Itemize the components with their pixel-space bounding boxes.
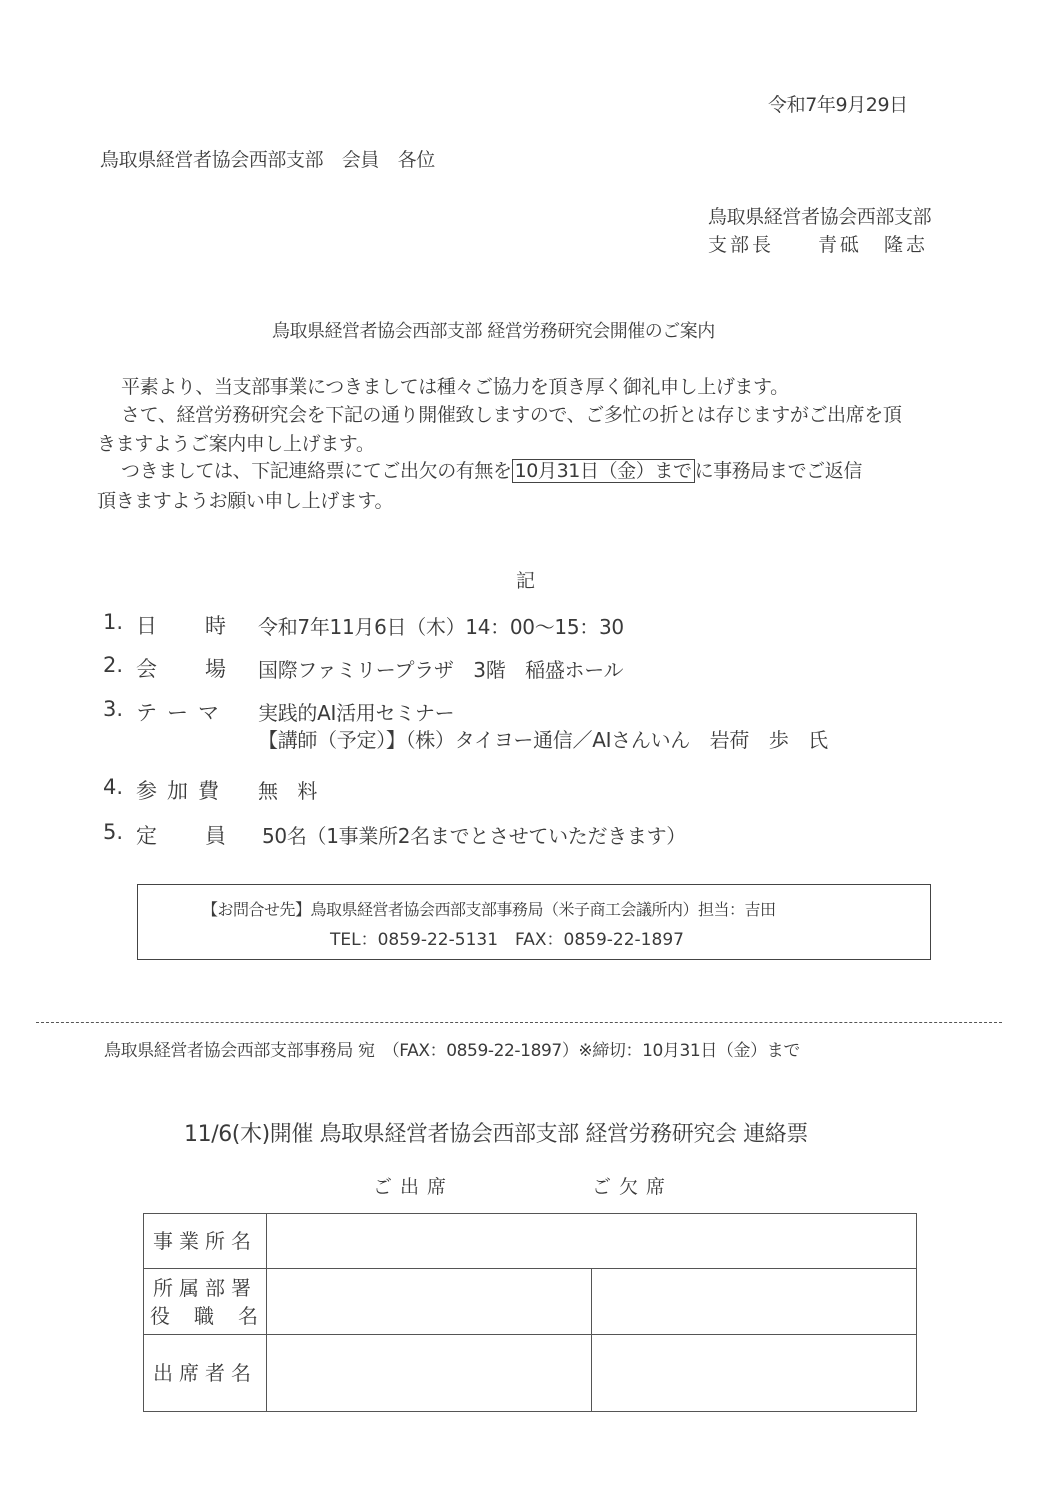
item-value: 国際ファミリープラザ 3階 稲盛ホール [258, 654, 623, 683]
ki-heading: 記 [516, 566, 535, 593]
attendee-name-field-1[interactable] [267, 1335, 592, 1412]
department-label: 所属部署 [145, 1274, 265, 1302]
deadline-highlight: 10月31日（金）まで [512, 459, 695, 483]
reply-form-table: 事業所名 所属部署 役 職 名 出席者名 [143, 1213, 917, 1412]
company-name-field[interactable] [267, 1214, 917, 1269]
body-paragraph-3-pre: つきましては、下記連絡票にてご出欠の有無を [121, 460, 512, 482]
form-row-company: 事業所名 [144, 1214, 917, 1269]
attendee-name-label: 出席者名 [144, 1335, 267, 1412]
body-paragraph-3-post: に事務局までご返信 [695, 460, 862, 482]
company-name-label: 事業所名 [144, 1214, 267, 1269]
department-field-2[interactable] [592, 1269, 917, 1335]
form-row-attendee: 出席者名 [144, 1335, 917, 1412]
item-label: 定 員 [136, 820, 228, 850]
document-title: 鳥取県経営者協会西部支部 経営労務研究会開催のご案内 [272, 317, 715, 343]
department-field-1[interactable] [267, 1269, 592, 1335]
form-row-department: 所属部署 役 職 名 [144, 1269, 917, 1335]
item-number: 2. [103, 653, 123, 677]
contact-line-2: TEL：0859-22-5131 FAX：0859-22-1897 [330, 925, 684, 950]
item-label: 日 時 [136, 610, 228, 640]
body-paragraph-3-line-1: つきましては、下記連絡票にてご出欠の有無を10月31日（金）までに事務局までご返… [121, 456, 862, 483]
position-label: 役 職 名 [145, 1302, 265, 1330]
item-label: 参加費 [136, 775, 229, 805]
item-value: 令和7年11月6日（木）14：00～15：30 [258, 611, 624, 640]
reply-form-title: 11/6(木)開催 鳥取県経営者協会西部支部 経営労務研究会 連絡票 [184, 1117, 808, 1148]
recipient-line: 鳥取県経営者協会西部支部 会員 各位 [100, 145, 435, 172]
attendee-name-field-2[interactable] [592, 1335, 917, 1412]
body-paragraph-2-line-1: さて、経営労務研究会を下記の通り開催致しますので、ご多忙の折とは存じますがご出席… [121, 400, 901, 427]
body-paragraph-3-line-2: 頂きますようお願い申し上げます。 [97, 486, 393, 513]
item-label: テーマ [136, 697, 229, 727]
item-number: 1. [103, 610, 123, 634]
attend-option[interactable]: ご出席 [373, 1172, 454, 1199]
item-value: 無 料 [258, 775, 317, 804]
body-paragraph-1: 平素より、当支部事業につきましては種々ご協力を頂き厚く御礼申し上げます。 [121, 372, 789, 399]
contact-line-1: 【お問合せ先】鳥取県経営者協会西部支部事務局（米子商工会議所内）担当：吉田 [202, 897, 776, 920]
body-paragraph-2-line-2: きますようご案内申し上げます。 [97, 429, 374, 456]
contact-box: 【お問合せ先】鳥取県経営者協会西部支部事務局（米子商工会議所内）担当：吉田 TE… [137, 884, 931, 960]
fax-address-line: 鳥取県経営者協会西部支部事務局 宛 （FAX：0859-22-1897）※締切：… [104, 1036, 800, 1061]
document-date: 令和7年9月29日 [768, 90, 908, 117]
item-lecturer: 【講師（予定）】（株）タイヨー通信／AIさんいん 岩荷 歩 氏 [258, 724, 828, 753]
item-number: 4. [103, 775, 123, 799]
absent-option[interactable]: ご欠席 [592, 1172, 673, 1199]
item-number: 5. [103, 820, 123, 844]
item-label: 会 場 [136, 653, 228, 683]
item-value: 50名（1事業所2名までとさせていただきます） [262, 820, 686, 849]
cut-line-divider [36, 1022, 1002, 1023]
item-value: 実践的AI活用セミナー [258, 697, 454, 726]
sender-name: 支部長 青砥 隆志 [708, 230, 928, 257]
department-title-label: 所属部署 役 職 名 [144, 1269, 267, 1335]
item-number: 3. [103, 697, 123, 721]
sender-organization: 鳥取県経営者協会西部支部 [708, 202, 931, 229]
